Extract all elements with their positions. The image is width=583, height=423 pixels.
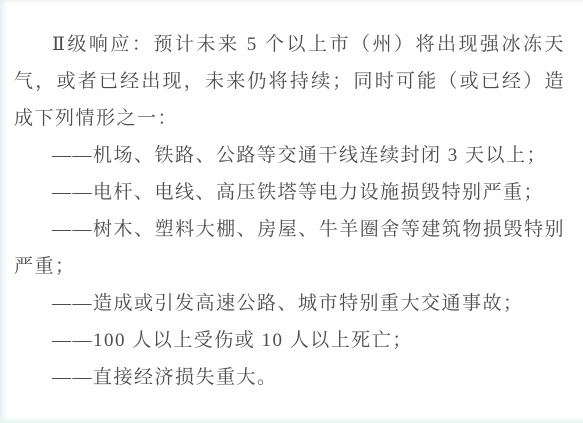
document-page: Ⅱ级响应：预计未来 5 个以上市（州）将出现强冰冻天气，或者已经出现，未来仍将持…: [0, 0, 583, 423]
list-item-traffic-accidents: ——造成或引发高速公路、城市特别重大交通事故；: [14, 285, 565, 322]
list-item-casualties: ——100 人以上受伤或 10 人以上死亡；: [14, 322, 565, 359]
list-item-buildings-damage: ——树木、塑料大棚、房屋、牛羊圈舍等建筑物损毁特别严重；: [14, 211, 565, 285]
scan-edge-left: [0, 0, 7, 423]
list-item-transport-closure: ——机场、铁路、公路等交通干线连续封闭 3 天以上；: [14, 137, 565, 174]
scan-edge-top: [0, 0, 583, 4]
scan-edge-bottom: [0, 417, 583, 423]
intro-paragraph: Ⅱ级响应：预计未来 5 个以上市（州）将出现强冰冻天气，或者已经出现，未来仍将持…: [14, 26, 565, 137]
list-item-economic-loss: ——直接经济损失重大。: [14, 359, 565, 396]
document-text-block: Ⅱ级响应：预计未来 5 个以上市（州）将出现强冰冻天气，或者已经出现，未来仍将持…: [14, 26, 565, 396]
list-item-power-facilities: ——电杆、电线、高压铁塔等电力设施损毁特别严重；: [14, 174, 565, 211]
